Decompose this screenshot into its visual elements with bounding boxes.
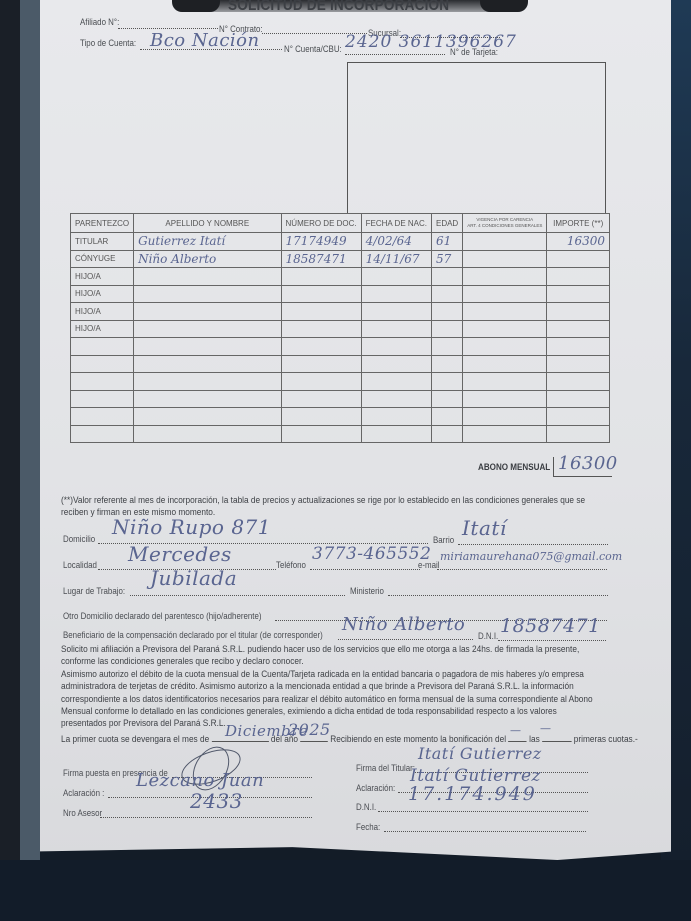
cell-doc[interactable]: 18587471 bbox=[281, 250, 361, 268]
cell-doc[interactable] bbox=[281, 303, 361, 321]
cuota-suffix: primeras cuotas.- bbox=[574, 734, 638, 744]
cuota-prefix: La primer cuota se devengara el mes de bbox=[61, 734, 209, 744]
titular-label: Firma del Titular: bbox=[356, 763, 415, 773]
cell-nombre[interactable] bbox=[134, 338, 281, 356]
asesor-label: Nro Asesor bbox=[63, 808, 102, 818]
cell-vigencia[interactable] bbox=[463, 338, 547, 356]
barrio-field[interactable] bbox=[458, 544, 608, 545]
cell-parentezco bbox=[71, 338, 134, 356]
trabajo-label: Lugar de Trabajo: bbox=[63, 586, 125, 596]
cell-nombre[interactable] bbox=[134, 320, 281, 338]
table-row: HIJO/A bbox=[71, 303, 610, 321]
telefono-value: 3773-465552 bbox=[312, 544, 431, 564]
mail-value: miriamaurehana075@gmail.com bbox=[440, 550, 622, 563]
cell-edad[interactable] bbox=[431, 338, 462, 356]
cell-parentezco bbox=[71, 390, 134, 408]
cell-importe[interactable] bbox=[547, 285, 610, 303]
dni-field[interactable] bbox=[378, 811, 588, 812]
clip-right-end bbox=[480, 0, 528, 12]
cell-doc[interactable] bbox=[281, 268, 361, 286]
table-row bbox=[71, 355, 610, 373]
fecha-label: Fecha: bbox=[356, 822, 380, 832]
asesor-value: 2433 bbox=[190, 789, 243, 813]
cell-edad[interactable] bbox=[431, 303, 462, 321]
cell-fecha[interactable] bbox=[361, 355, 431, 373]
cell-edad[interactable] bbox=[431, 425, 462, 443]
cell-doc[interactable] bbox=[281, 320, 361, 338]
cell-parentezco: HIJO/A bbox=[71, 285, 134, 303]
cuenta-field[interactable] bbox=[345, 54, 445, 55]
cell-importe[interactable] bbox=[547, 390, 610, 408]
cell-fecha[interactable] bbox=[361, 338, 431, 356]
table-row: HIJO/A bbox=[71, 268, 610, 286]
aclaracion-left-value: Lezcano Juan bbox=[136, 770, 264, 791]
cell-importe[interactable]: 16300 bbox=[547, 233, 610, 251]
cell-nombre[interactable]: Gutierrez Itatí bbox=[134, 233, 281, 251]
cell-doc[interactable]: 17174949 bbox=[281, 233, 361, 251]
telefono-field[interactable] bbox=[310, 569, 420, 570]
cell-edad[interactable] bbox=[431, 285, 462, 303]
cuota-mid: Recibiendo en este momento la bonificaci… bbox=[330, 734, 506, 744]
table-row: HIJO/A bbox=[71, 285, 610, 303]
aclaracion-right-label: Aclaración: bbox=[356, 783, 395, 793]
cell-parentezco: TITULAR bbox=[71, 233, 134, 251]
bonif-2-value: — bbox=[540, 722, 552, 735]
tipo-cuenta-value: Bco Nación bbox=[150, 30, 260, 51]
cell-vigencia[interactable] bbox=[463, 408, 547, 426]
col-vigencia: VIGENCIA POR CARENCIAART. 4 CONDICIONES … bbox=[463, 214, 547, 233]
cell-importe[interactable] bbox=[547, 425, 610, 443]
cell-vigencia[interactable] bbox=[463, 373, 547, 391]
cell-nombre[interactable] bbox=[134, 285, 281, 303]
titular-signature: Itatí Gutierrez bbox=[418, 744, 542, 763]
cell-fecha[interactable]: 14/11/67 bbox=[361, 250, 431, 268]
beneficiario-dni-field[interactable] bbox=[498, 640, 606, 641]
cell-fecha[interactable] bbox=[361, 408, 431, 426]
cell-nombre[interactable] bbox=[134, 373, 281, 391]
cell-edad[interactable] bbox=[431, 320, 462, 338]
mail-field[interactable] bbox=[437, 569, 607, 570]
col-fecha: FECHA DE NAC. bbox=[361, 214, 431, 233]
cell-edad[interactable] bbox=[431, 390, 462, 408]
abono-value: 16300 bbox=[558, 453, 618, 474]
table-row bbox=[71, 408, 610, 426]
ministerio-field[interactable] bbox=[388, 595, 608, 596]
cell-vigencia[interactable] bbox=[463, 425, 547, 443]
legal-paragraph-1: Solicito mi afiliación a Previsora del P… bbox=[61, 643, 604, 668]
cell-edad[interactable] bbox=[431, 373, 462, 391]
domicilio-label: Domicilio bbox=[63, 534, 95, 544]
photo-box bbox=[347, 62, 606, 214]
clipboard-edge bbox=[20, 0, 40, 921]
bonif-1-field[interactable] bbox=[508, 741, 526, 742]
cell-parentezco: CÓNYUGE bbox=[71, 250, 134, 268]
cell-parentezco: HIJO/A bbox=[71, 268, 134, 286]
bonif-1-value: — bbox=[510, 724, 522, 737]
beneficiario-value: Niño Alberto bbox=[342, 614, 465, 635]
cell-nombre[interactable]: Niño Alberto bbox=[134, 250, 281, 268]
cell-fecha[interactable] bbox=[361, 390, 431, 408]
localidad-value: Mercedes bbox=[128, 542, 232, 566]
cell-importe[interactable] bbox=[547, 303, 610, 321]
cell-fecha[interactable] bbox=[361, 320, 431, 338]
cell-importe[interactable] bbox=[547, 250, 610, 268]
cell-parentezco: HIJO/A bbox=[71, 320, 134, 338]
cell-importe[interactable] bbox=[547, 338, 610, 356]
domicilio-value: Niño Rupo 871 bbox=[112, 515, 271, 539]
table-row bbox=[71, 390, 610, 408]
cell-doc[interactable] bbox=[281, 338, 361, 356]
table-row: HIJO/A bbox=[71, 320, 610, 338]
beneficiario-dni-label: D.N.I. bbox=[478, 631, 498, 641]
table-row: CÓNYUGENiño Alberto1858747114/11/6757 bbox=[71, 250, 610, 268]
aclaracion-left-label: Aclaración : bbox=[63, 788, 104, 798]
clipboard-bottom bbox=[0, 860, 691, 921]
tipo-cuenta-label: Tipo de Cuenta: bbox=[80, 38, 136, 48]
cell-fecha[interactable]: 4/02/64 bbox=[361, 233, 431, 251]
cell-importe[interactable] bbox=[547, 320, 610, 338]
cell-importe[interactable] bbox=[547, 355, 610, 373]
cell-vigencia[interactable] bbox=[463, 320, 547, 338]
cell-edad[interactable]: 57 bbox=[431, 250, 462, 268]
beneficiario-field[interactable] bbox=[338, 639, 473, 640]
cell-vigencia[interactable] bbox=[463, 268, 547, 286]
cell-doc[interactable] bbox=[281, 355, 361, 373]
form-title: SOLICITUD DE INCORPORACION bbox=[228, 0, 449, 15]
cell-edad[interactable] bbox=[431, 355, 462, 373]
cell-fecha[interactable] bbox=[361, 425, 431, 443]
table-row bbox=[71, 338, 610, 356]
barrio-label: Barrio bbox=[433, 535, 454, 545]
cell-fecha[interactable] bbox=[361, 373, 431, 391]
cell-importe[interactable] bbox=[547, 373, 610, 391]
dni-label: D.N.I. bbox=[356, 802, 376, 812]
table-row: TITULARGutierrez Itatí171749494/02/64611… bbox=[71, 233, 610, 251]
cell-parentezco bbox=[71, 355, 134, 373]
cell-vigencia[interactable] bbox=[463, 250, 547, 268]
asesor-field[interactable] bbox=[100, 817, 312, 818]
otro-domicilio-label: Otro Domicilio declarado del parentesco … bbox=[63, 611, 262, 621]
cell-nombre[interactable] bbox=[134, 390, 281, 408]
beneficiario-dni-value: 18587471 bbox=[500, 615, 601, 637]
cuota-line: La primer cuota se devengara el mes de d… bbox=[61, 733, 691, 745]
afiliado-label: Afiliado N°: bbox=[80, 17, 119, 27]
cell-edad[interactable] bbox=[431, 268, 462, 286]
cell-parentezco bbox=[71, 425, 134, 443]
col-parentezco: PARENTEZCO bbox=[71, 214, 134, 233]
cuota-anio-value: 2025 bbox=[288, 720, 331, 739]
cell-doc[interactable] bbox=[281, 408, 361, 426]
beneficiario-label: Beneficiario de la compensación declarad… bbox=[63, 630, 323, 640]
col-edad: EDAD bbox=[431, 214, 462, 233]
cell-edad[interactable] bbox=[431, 408, 462, 426]
cell-parentezco: HIJO/A bbox=[71, 303, 134, 321]
cell-importe[interactable] bbox=[547, 408, 610, 426]
tarjeta-label: N° de Tarjeta: bbox=[450, 47, 498, 57]
bonif-2-field[interactable] bbox=[542, 741, 571, 742]
cell-vigencia[interactable] bbox=[463, 285, 547, 303]
col-doc: NÚMERO DE DOC. bbox=[281, 214, 361, 233]
legal-paragraph-2: Asimismo autorizo el débito de la cuota … bbox=[61, 668, 604, 729]
cell-fecha[interactable] bbox=[361, 285, 431, 303]
cell-parentezco bbox=[71, 373, 134, 391]
afiliado-field[interactable] bbox=[118, 28, 218, 29]
trabajo-value: Jubilada bbox=[150, 566, 237, 590]
localidad-label: Localidad bbox=[63, 560, 97, 570]
cell-vigencia[interactable] bbox=[463, 390, 547, 408]
cell-fecha[interactable] bbox=[361, 268, 431, 286]
cell-nombre[interactable] bbox=[134, 268, 281, 286]
fecha-field[interactable] bbox=[384, 831, 586, 832]
ministerio-label: Ministerio bbox=[350, 586, 384, 596]
cell-edad[interactable]: 61 bbox=[431, 233, 462, 251]
cell-doc[interactable] bbox=[281, 373, 361, 391]
cell-doc[interactable] bbox=[281, 285, 361, 303]
family-table: PARENTEZCO APELLIDO Y NOMBRE NÚMERO DE D… bbox=[70, 213, 610, 443]
cuenta-label: N° Cuenta/CBU: bbox=[284, 44, 342, 54]
trabajo-field[interactable] bbox=[130, 595, 345, 596]
cell-nombre[interactable] bbox=[134, 425, 281, 443]
cuota-las: las bbox=[529, 734, 540, 744]
clip-left-end bbox=[172, 0, 220, 12]
col-nombre: APELLIDO Y NOMBRE bbox=[134, 214, 281, 233]
barrio-value: Itatí bbox=[462, 516, 507, 540]
col-importe: IMPORTE (**) bbox=[547, 214, 610, 233]
dni-value: 17.174.949 bbox=[408, 783, 537, 805]
cell-vigencia[interactable] bbox=[463, 355, 547, 373]
background-dark bbox=[0, 0, 20, 921]
table-header-row: PARENTEZCO APELLIDO Y NOMBRE NÚMERO DE D… bbox=[71, 214, 610, 233]
table-row bbox=[71, 425, 610, 443]
cell-nombre[interactable] bbox=[134, 355, 281, 373]
cell-vigencia[interactable] bbox=[463, 233, 547, 251]
cell-fecha[interactable] bbox=[361, 303, 431, 321]
cell-importe[interactable] bbox=[547, 268, 610, 286]
telefono-label: Teléfono bbox=[276, 560, 306, 570]
abono-label: ABONO MENSUAL bbox=[478, 462, 550, 473]
cuota-anio-field[interactable] bbox=[300, 741, 328, 742]
cuota-mes-field[interactable] bbox=[212, 741, 269, 742]
cell-doc[interactable] bbox=[281, 390, 361, 408]
cell-doc[interactable] bbox=[281, 425, 361, 443]
table-row bbox=[71, 373, 610, 391]
cell-nombre[interactable] bbox=[134, 408, 281, 426]
cell-parentezco bbox=[71, 408, 134, 426]
cell-vigencia[interactable] bbox=[463, 303, 547, 321]
cell-nombre[interactable] bbox=[134, 303, 281, 321]
